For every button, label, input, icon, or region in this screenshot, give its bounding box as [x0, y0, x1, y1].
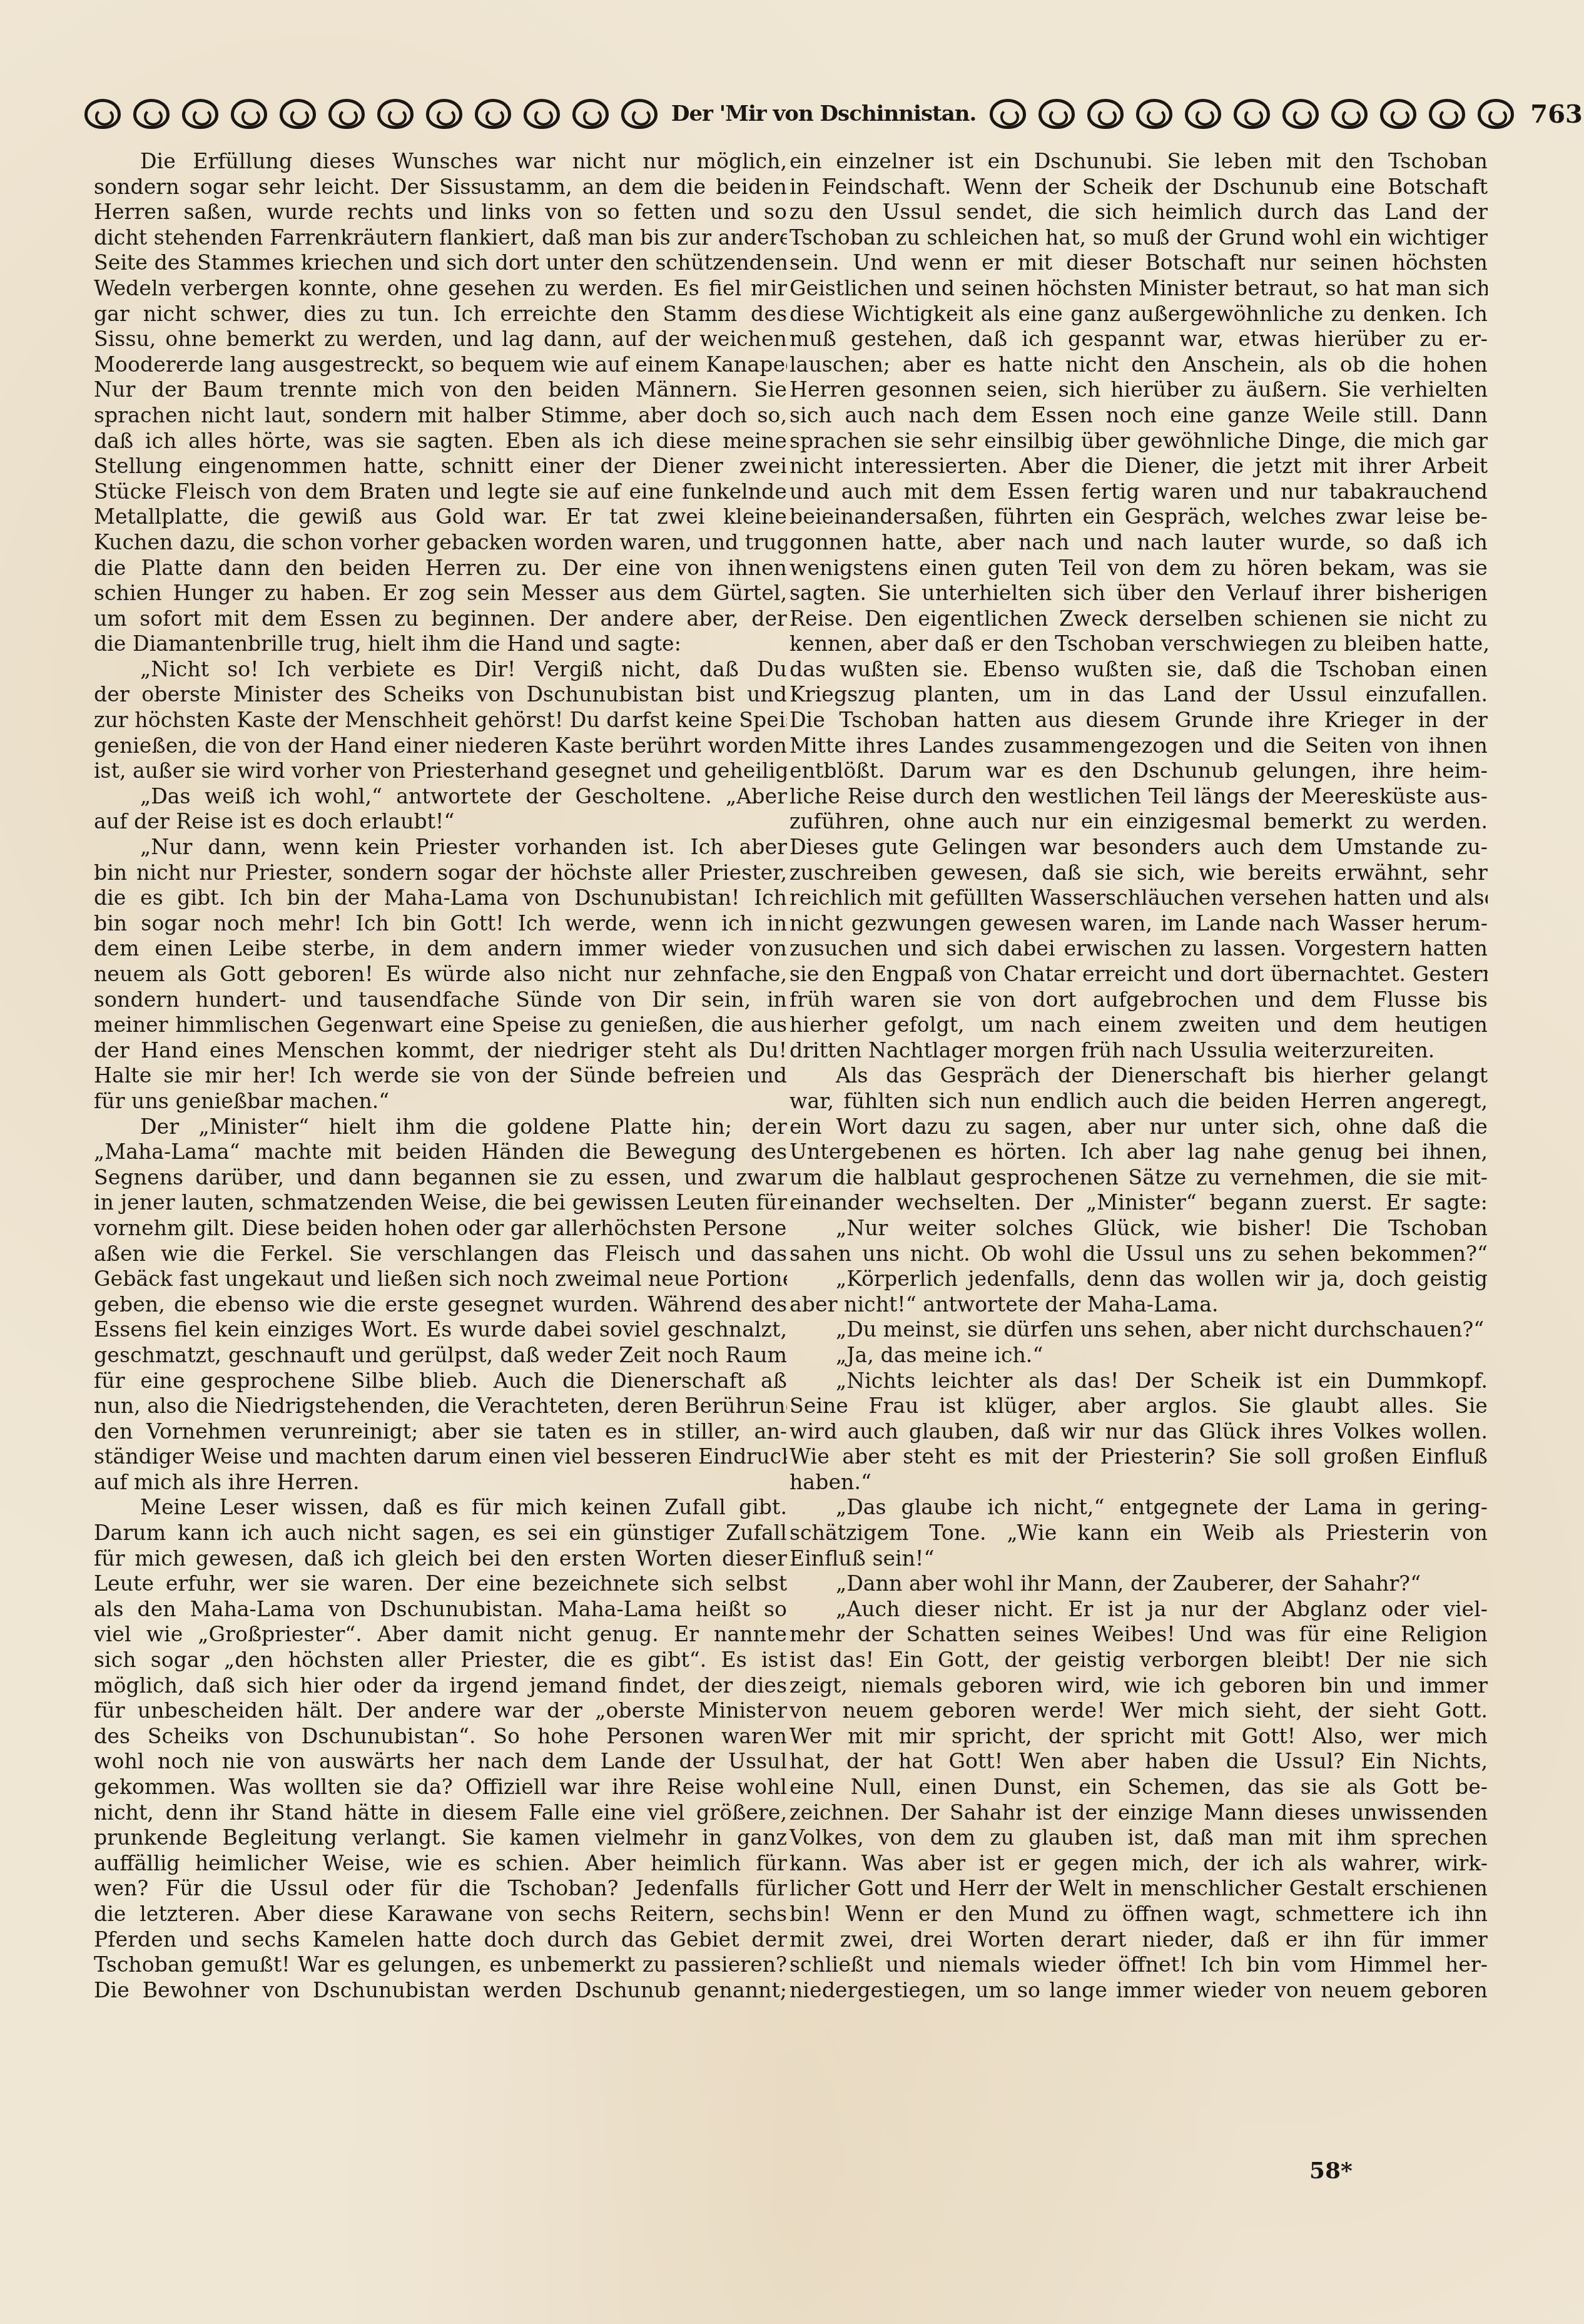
text-line: Die Erfüllung dieses Wunsches war nicht … [94, 149, 787, 175]
scroll-ornament-icon [524, 99, 560, 129]
text-line: Seine Frau ist klüger, aber arglos. Sie … [789, 1394, 1488, 1419]
scroll-ornament-icon [182, 99, 218, 129]
text-line: gar nicht schwer, dies zu tun. Ich errei… [94, 302, 787, 327]
text-line: liche Reise durch den westlichen Teil lä… [789, 784, 1488, 810]
scroll-ornament-icon [231, 99, 267, 129]
scroll-ornament-icon [377, 99, 414, 129]
scroll-ornament-icon [328, 99, 365, 129]
text-line: Seite des Stammes kriechen und sich dort… [94, 250, 787, 276]
scroll-ornament-icon [84, 99, 121, 129]
text-line: ist das! Ein Gott, der geistig verborgen… [789, 1648, 1488, 1673]
text-line: muß gestehen, daß ich gespannt war, etwa… [789, 327, 1488, 352]
text-line: Einfluß sein!“ [789, 1546, 1488, 1572]
text-line: „Auch dieser nicht. Er ist ja nur der Ab… [789, 1597, 1488, 1623]
text-line: früh waren sie von dort aufgebrochen und… [789, 987, 1488, 1013]
text-line: ein Wort dazu zu sagen, aber nur unter s… [789, 1114, 1488, 1140]
text-line: die Diamantenbrille trug, hielt ihm die … [94, 631, 787, 657]
ornament-row-right [990, 99, 1526, 129]
text-line: für unbescheiden hält. Der andere war de… [94, 1698, 787, 1724]
text-line: „Körperlich jedenfalls, denn das wollen … [789, 1266, 1488, 1292]
text-line: Untergebenen es hörten. Ich aber lag nah… [789, 1139, 1488, 1165]
text-line: Stücke Fleisch von dem Braten und legte … [94, 479, 787, 505]
text-line: einander wechselten. Der „Minister“ bega… [789, 1190, 1488, 1216]
text-line: zuschreiben gewesen, daß sie sich, wie b… [789, 860, 1488, 886]
text-line: kann. Was aber ist er gegen mich, der ic… [789, 1851, 1488, 1877]
text-line: Die Bewohner von Dschunubistan werden Ds… [94, 1978, 787, 2004]
text-line: zusuchen und sich dabei erwischen zu las… [789, 936, 1488, 962]
text-line: war, fühlten sich nun endlich auch die b… [789, 1089, 1488, 1114]
text-line: „Nichts leichter als das! Der Scheik ist… [789, 1368, 1488, 1394]
text-line: Tschoban gemußt! War es gelungen, es unb… [94, 1952, 787, 1978]
text-line: Wedeln verbergen konnte, ohne gesehen zu… [94, 276, 787, 302]
text-line: sein. Und wenn er mit dieser Botschaft n… [789, 250, 1488, 276]
text-line: mehr der Schatten seines Weibes! Und was… [789, 1622, 1488, 1648]
text-line: Dieses gute Gelingen war besonders auch … [789, 835, 1488, 860]
scroll-ornament-icon [475, 99, 511, 129]
text-line: Stellung eingenommen hatte, schnitt eine… [94, 454, 787, 479]
scroll-ornament-icon [1185, 99, 1221, 129]
text-line: bin nicht nur Priester, sondern sogar de… [94, 860, 787, 886]
scroll-ornament-icon [621, 99, 657, 129]
text-line: beieinandersaßen, führten ein Gespräch, … [789, 504, 1488, 530]
scroll-ornament-icon [280, 99, 316, 129]
text-line: ständiger Weise und machten darum einen … [94, 1444, 787, 1470]
ornament-row-left [84, 99, 670, 129]
text-line: sich sogar „den höchsten aller Priester,… [94, 1648, 787, 1673]
text-line: Kuchen dazu, die schon vorher gebacken w… [94, 530, 787, 556]
text-line: um sofort mit dem Essen zu beginnen. Der… [94, 606, 787, 632]
text-line: haben.“ [789, 1470, 1488, 1496]
text-line: diese Wichtigkeit als eine ganz außergew… [789, 302, 1488, 327]
text-line: Tschoban zu schleichen hat, so muß der G… [789, 225, 1488, 251]
left-text-column: Die Erfüllung dieses Wunsches war nicht … [94, 149, 787, 2003]
text-line: „Nicht so! Ich verbiete es Dir! Vergiß n… [94, 657, 787, 683]
text-line: gekommen. Was wollten sie da? Offiziell … [94, 1775, 787, 1800]
text-line: wenigstens einen guten Teil von dem zu h… [789, 556, 1488, 581]
text-line: „Dann aber wohl ihr Mann, der Zauberer, … [789, 1571, 1488, 1597]
text-line: für mich gewesen, daß ich gleich bei den… [94, 1546, 787, 1572]
scroll-ornament-icon [133, 99, 170, 129]
text-line: sprachen sie sehr einsilbig über gewöhnl… [789, 429, 1488, 454]
text-line: Kriegszug planten, um in das Land der Us… [789, 682, 1488, 708]
text-line: „Nur dann, wenn kein Priester vorhanden … [94, 835, 787, 860]
text-line: daß ich alles hörte, was sie sagten. Ebe… [94, 429, 787, 454]
text-line: „Nur weiter solches Glück, wie bisher! D… [789, 1216, 1488, 1241]
text-line: des Scheiks von Dschunubistan“. So hohe … [94, 1724, 787, 1750]
text-line: Pferden und sechs Kamelen hatte doch dur… [94, 1927, 787, 1953]
scroll-ornament-icon [1478, 99, 1514, 129]
text-line: Moodererde lang ausgestreckt, so bequem … [94, 352, 787, 378]
text-line: aber nicht!“ antwortete der Maha-Lama. [789, 1292, 1488, 1318]
text-line: lauschen; aber es hatte nicht den Ansche… [789, 352, 1488, 378]
text-line: Geistlichen und seinen höchsten Minister… [789, 276, 1488, 302]
text-line: Nur der Baum trennte mich von den beiden… [94, 377, 787, 403]
text-line: Wer mit mir spricht, der spricht mit Got… [789, 1724, 1488, 1750]
text-line: um die halblaut gesprochenen Sätze zu ve… [789, 1165, 1488, 1191]
text-line: zuführen, ohne auch nur ein einzigesmal … [789, 809, 1488, 835]
text-line: genießen, die von der Hand einer niedere… [94, 733, 787, 759]
text-line: sie den Engpaß von Chatar erreicht und d… [789, 962, 1488, 987]
scroll-ornament-icon [1380, 99, 1416, 129]
text-line: sondern sogar sehr leicht. Der Sissustam… [94, 175, 787, 200]
text-line: die letzteren. Aber diese Karawane von s… [94, 1902, 787, 1927]
text-line: Sissu, ohne bemerkt zu werden, und lag d… [94, 327, 787, 352]
text-line: zeigt, niemals geboren wird, wie ich geb… [789, 1673, 1488, 1699]
text-line: „Ja, das meine ich.“ [789, 1343, 1488, 1368]
text-line: ein einzelner ist ein Dschunubi. Sie leb… [789, 149, 1488, 175]
text-line: Darum kann ich auch nicht sagen, es sei … [94, 1521, 787, 1546]
text-line: schließt und niemals wieder öffnet! Ich … [789, 1952, 1488, 1978]
text-line: auf der Reise ist es doch erlaubt!“ [94, 809, 787, 835]
text-line: der Hand eines Menschen kommt, der niedr… [94, 1038, 787, 1064]
text-line: die es gibt. Ich bin der Maha-Lama von D… [94, 885, 787, 911]
text-line: das wußten sie. Ebenso wußten sie, daß d… [789, 657, 1488, 683]
text-line: für eine gesprochene Silbe blieb. Auch d… [94, 1368, 787, 1394]
text-line: sprachen nicht laut, sondern mit halber … [94, 403, 787, 429]
text-line: den Vornehmen verunreinigt; aber sie tat… [94, 1419, 787, 1445]
text-line: Der „Minister“ hielt ihm die goldene Pla… [94, 1114, 787, 1140]
text-line: auf mich als ihre Herren. [94, 1470, 787, 1496]
text-line: entblößt. Darum war es den Dschunub gelu… [789, 758, 1488, 784]
page-number: 763 [1530, 99, 1583, 129]
text-line: und auch mit dem Essen fertig waren und … [789, 479, 1488, 505]
text-line: mit zwei, drei Worten derart nieder, daß… [789, 1927, 1488, 1953]
text-line: wird auch glauben, daß wir nur das Glück… [789, 1419, 1488, 1445]
text-line: dem einen Leibe sterbe, in dem andern im… [94, 936, 787, 962]
text-line: dicht stehenden Farrenkräutern flankiert… [94, 225, 787, 251]
text-line: Metallplatte, die gewiß aus Gold war. Er… [94, 504, 787, 530]
text-line: Halte sie mir her! Ich werde sie von der… [94, 1063, 787, 1089]
running-header: Der 'Mir von Dschinnistan. 763 [84, 95, 1489, 133]
signature-mark: 58* [1309, 2158, 1353, 2184]
text-line: nicht gezwungen gewesen waren, im Lande … [789, 911, 1488, 937]
text-line: geben, die ebenso wie die erste gesegnet… [94, 1292, 787, 1318]
text-line: vornehm gilt. Diese beiden hohen oder ga… [94, 1216, 787, 1241]
text-line: auffällig heimlicher Weise, wie es schie… [94, 1851, 787, 1877]
text-line: hat, der hat Gott! Wen aber haben die Us… [789, 1749, 1488, 1775]
text-line: nicht, denn ihr Stand hätte in diesem Fa… [94, 1800, 787, 1826]
text-line: Die Tschoban hatten aus diesem Grunde ih… [789, 708, 1488, 733]
text-line: Herren saßen, wurde rechts und links von… [94, 200, 787, 225]
text-line: kennen, aber daß er den Tschoban verschw… [789, 631, 1488, 657]
text-line: Volkes, von dem zu glauben ist, daß man … [789, 1825, 1488, 1851]
text-line: wen? Für die Ussul oder für die Tschoban… [94, 1876, 787, 1902]
text-line: in jener lauten, schmatzenden Weise, die… [94, 1190, 787, 1216]
text-line: viel wie „Großpriester“. Aber damit nich… [94, 1622, 787, 1648]
text-line: die Platte dann den beiden Herren zu. De… [94, 556, 787, 581]
text-line: Segnens darüber, und dann begannen sie z… [94, 1165, 787, 1191]
text-line: der oberste Minister des Scheiks von Dsc… [94, 682, 787, 708]
text-line: Als das Gespräch der Dienerschaft bis hi… [789, 1063, 1488, 1089]
text-line: in Feindschaft. Wenn der Scheik der Dsch… [789, 175, 1488, 200]
text-line: neuem als Gott geboren! Es würde also ni… [94, 962, 787, 987]
text-line: Herren gesonnen seien, sich hierüber zu … [789, 377, 1488, 403]
text-line: Leute erfuhr, wer sie waren. Der eine be… [94, 1571, 787, 1597]
text-line: sich auch nach dem Essen noch eine ganze… [789, 403, 1488, 429]
text-line: sahen uns nicht. Ob wohl die Ussul uns z… [789, 1241, 1488, 1267]
text-line: „Das weiß ich wohl,“ antwortete der Gesc… [94, 784, 787, 810]
scroll-ornament-icon [1282, 99, 1319, 129]
text-line: als den Maha-Lama von Dschunubistan. Mah… [94, 1597, 787, 1623]
scroll-ornament-icon [1234, 99, 1270, 129]
scroll-ornament-icon [426, 99, 462, 129]
text-line: meiner himmlischen Gegenwart eine Speise… [94, 1012, 787, 1038]
text-line: zur höchsten Kaste der Menschheit gehörs… [94, 708, 787, 733]
text-line: Gebäck fast ungekaut und ließen sich noc… [94, 1266, 787, 1292]
text-line: wohl noch nie von auswärts her nach dem … [94, 1749, 787, 1775]
text-line: aßen wie die Ferkel. Sie verschlangen da… [94, 1241, 787, 1267]
text-line: gonnen hatte, aber nach und nach lauter … [789, 530, 1488, 556]
text-line: nun, also die Niedrigstehenden, die Vera… [94, 1394, 787, 1419]
text-line: sondern hundert- und tausendfache Sünde … [94, 987, 787, 1013]
text-line: zeichnen. Der Sahahr ist der einzige Man… [789, 1800, 1488, 1826]
scroll-ornament-icon [1331, 99, 1368, 129]
scroll-ornament-icon [1429, 99, 1465, 129]
text-line: nicht interessierten. Aber die Diener, d… [789, 454, 1488, 479]
text-line: Reise. Den eigentlichen Zweck derselben … [789, 606, 1488, 632]
text-line: licher Gott und Herr der Welt in menschl… [789, 1876, 1488, 1902]
right-text-column: ein einzelner ist ein Dschunubi. Sie leb… [789, 149, 1488, 2003]
text-line: „Das glaube ich nicht,“ entgegnete der L… [789, 1495, 1488, 1521]
text-line: eine Null, einen Dunst, ein Schemen, das… [789, 1775, 1488, 1800]
text-line: „Maha-Lama“ machte mit beiden Händen die… [94, 1139, 787, 1165]
text-line: zu den Ussul sendet, die sich heimlich d… [789, 200, 1488, 225]
text-line: möglich, daß sich hier oder da irgend je… [94, 1673, 787, 1699]
text-line: geschmatzt, geschnauft und gerülpst, daß… [94, 1343, 787, 1368]
text-line: sagten. Sie unterhielten sich über den V… [789, 581, 1488, 606]
text-line: prunkende Begleitung verlangt. Sie kamen… [94, 1825, 787, 1851]
text-line: bin sogar noch mehr! Ich bin Gott! Ich w… [94, 911, 787, 937]
scroll-ornament-icon [1038, 99, 1075, 129]
text-line: Meine Leser wissen, daß es für mich kein… [94, 1495, 787, 1521]
scroll-ornament-icon [990, 99, 1026, 129]
text-line: ist, außer sie wird vorher von Priesterh… [94, 758, 787, 784]
text-line: Essens fiel kein einziges Wort. Es wurde… [94, 1317, 787, 1343]
scroll-ornament-icon [1087, 99, 1124, 129]
text-line: schien Hunger zu haben. Er zog sein Mess… [94, 581, 787, 606]
text-line: Mitte ihres Landes zusammengezogen und d… [789, 733, 1488, 759]
text-line: „Du meinst, sie dürfen uns sehen, aber n… [789, 1317, 1488, 1343]
text-line: bin! Wenn er den Mund zu öffnen wagt, sc… [789, 1902, 1488, 1927]
text-line: niedergestiegen, um so lange immer wiede… [789, 1978, 1488, 2004]
text-line: dritten Nachtlager morgen früh nach Ussu… [789, 1038, 1488, 1064]
text-line: schätzigem Tone. „Wie kann ein Weib als … [789, 1521, 1488, 1546]
scroll-ornament-icon [1136, 99, 1172, 129]
running-title: Der 'Mir von Dschinnistan. [671, 101, 976, 126]
text-line: Wie aber steht es mit der Priesterin? Si… [789, 1444, 1488, 1470]
text-line: von neuem geboren werde! Wer mich sieht,… [789, 1698, 1488, 1724]
text-line: hierher gefolgt, um nach einem zweiten u… [789, 1012, 1488, 1038]
scroll-ornament-icon [572, 99, 609, 129]
text-line: reichlich mit gefüllten Wasserschläuchen… [789, 885, 1488, 911]
text-line: für uns genießbar machen.“ [94, 1089, 787, 1114]
